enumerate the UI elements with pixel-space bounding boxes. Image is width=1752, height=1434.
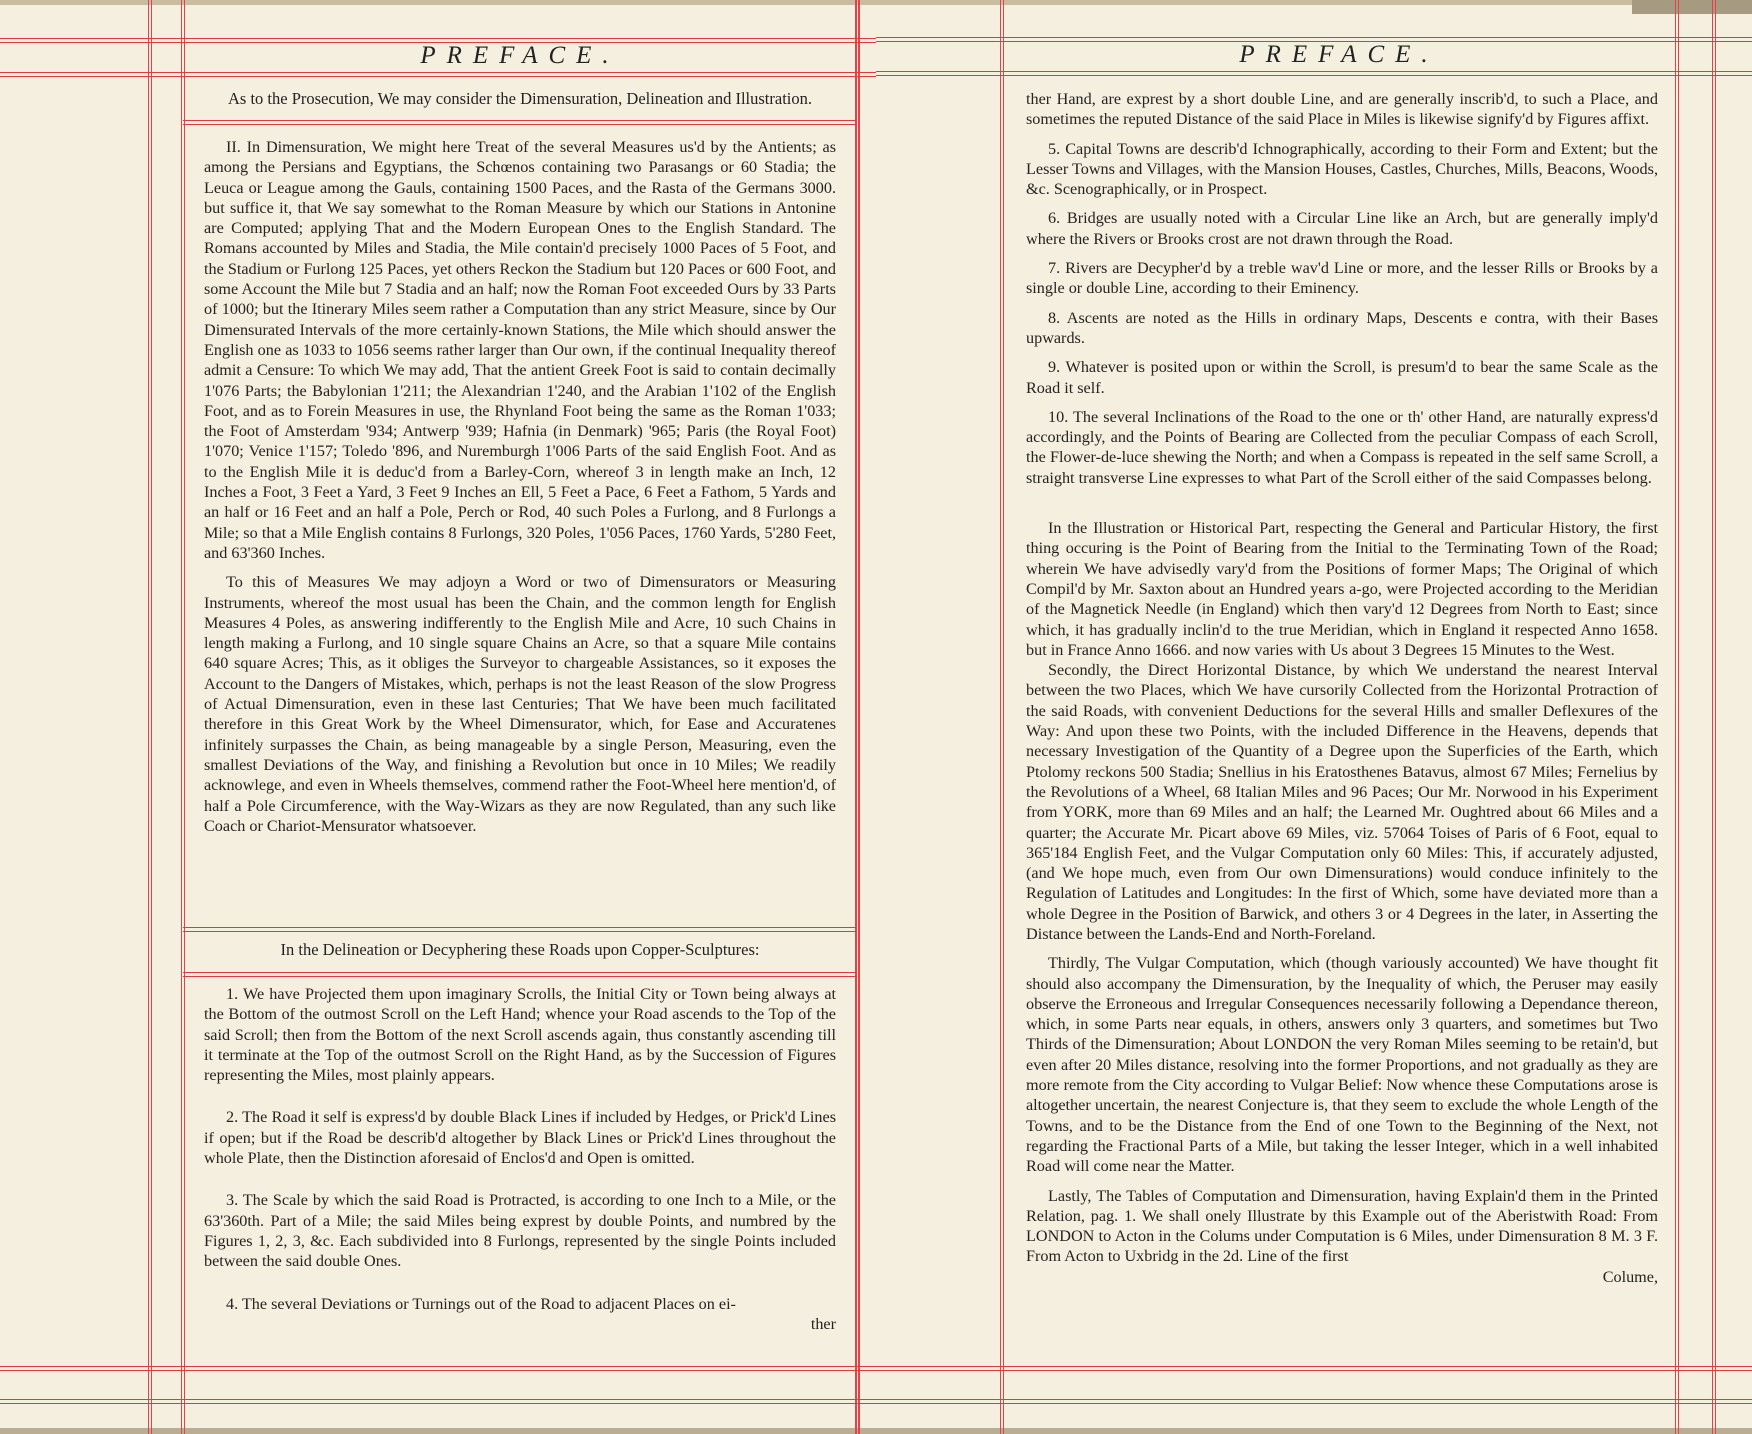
paragraph: Secondly, the Direct Horizontal Distance… — [1026, 660, 1658, 944]
margin-rule-horizontal — [0, 1366, 876, 1371]
list-item: 5. Capital Towns are describ'd Ichnograp… — [1026, 139, 1658, 200]
margin-rule-vertical — [856, 0, 860, 1434]
page-edge-bottom — [876, 1428, 1752, 1434]
list-item: 9. Whatever is posited upon or within th… — [1026, 357, 1658, 398]
running-head: PREFACE. — [1002, 41, 1676, 69]
left-page: PREFACE. As to the Prosecution, We may c… — [0, 0, 876, 1434]
paragraph: II. In Dimensuration, We might here Trea… — [204, 137, 836, 563]
list-item: 3. The Scale by which the said Road is P… — [204, 1190, 836, 1271]
paragraph: Lastly, The Tables of Computation and Di… — [1026, 1186, 1658, 1267]
page-edge-top — [876, 0, 1752, 5]
margin-rule-horizontal — [0, 1399, 876, 1404]
page-edge-bottom — [0, 1428, 876, 1434]
list-item: 1. We have Projected them upon imaginary… — [204, 984, 836, 1085]
paragraph: Thirdly, The Vulgar Computation, which (… — [1026, 953, 1658, 1176]
body-text-dimensuration: II. In Dimensuration, We might here Trea… — [204, 137, 836, 836]
body-text-right: ther Hand, are exprest by a short double… — [1026, 89, 1658, 1287]
paragraph: ther Hand, are exprest by a short double… — [1026, 89, 1658, 130]
paragraph: To this of Measures We may adjoyn a Word… — [204, 572, 836, 836]
body-text-delineation: 1. We have Projected them upon imaginary… — [204, 984, 836, 1334]
catchword: Colume, — [1026, 1267, 1658, 1287]
page-edge-top — [0, 0, 876, 5]
margin-rule-vertical — [1000, 0, 1004, 1434]
margin-rule-vertical — [148, 0, 152, 1434]
section-heading: As to the Prosecution, We may consider t… — [183, 89, 857, 109]
catchword: ther — [204, 1314, 836, 1334]
list-item: 4. The several Deviations or Turnings ou… — [204, 1294, 836, 1314]
margin-rule-vertical — [1712, 0, 1716, 1434]
delineation-heading: In the Delineation or Decyphering these … — [183, 940, 857, 960]
margin-rule-horizontal — [876, 71, 1752, 76]
list-item: 7. Rivers are Decypher'd by a treble wav… — [1026, 258, 1658, 299]
margin-rule-horizontal — [0, 72, 876, 77]
margin-rule-vertical — [1675, 0, 1679, 1434]
box-rule — [183, 120, 857, 125]
running-head: PREFACE. — [183, 42, 857, 70]
book-spread: PREFACE. As to the Prosecution, We may c… — [0, 0, 1752, 1434]
margin-rule-horizontal — [876, 1399, 1752, 1404]
binding-cloth — [1632, 0, 1752, 14]
list-item: 2. The Road it self is express'd by doub… — [204, 1107, 836, 1168]
paragraph: In the Illustration or Historical Part, … — [1026, 518, 1658, 660]
box-rule — [183, 972, 857, 977]
list-item: 8. Ascents are noted as the Hills in ord… — [1026, 308, 1658, 349]
margin-rule-vertical — [181, 0, 185, 1434]
right-page: PREFACE. ther Hand, are exprest by a sho… — [876, 0, 1752, 1434]
margin-rule-horizontal — [876, 1366, 1752, 1371]
list-item: 10. The several Inclinations of the Road… — [1026, 407, 1658, 488]
list-item: 6. Bridges are usually noted with a Circ… — [1026, 208, 1658, 249]
box-rule — [183, 927, 857, 932]
